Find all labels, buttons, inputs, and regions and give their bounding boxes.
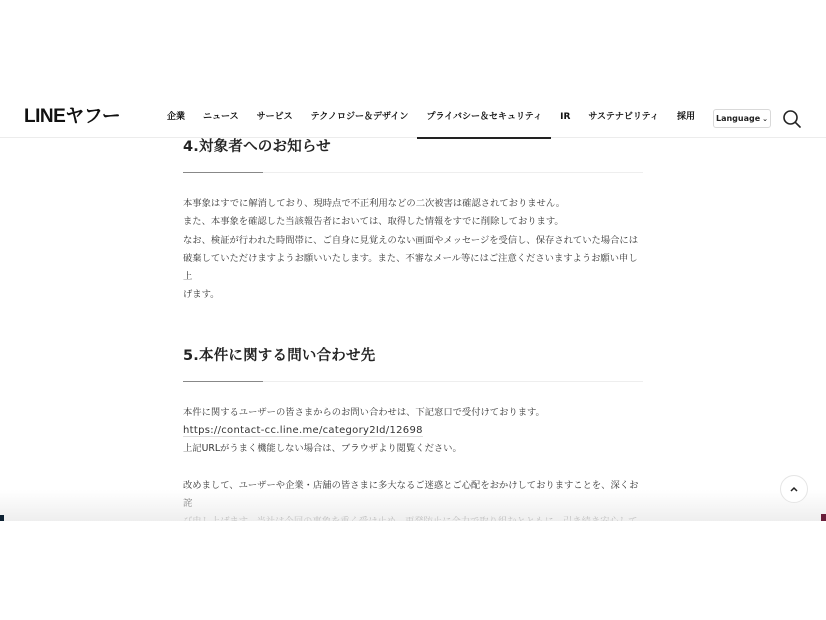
blank-area-bottom	[0, 521, 826, 620]
section-divider	[183, 172, 643, 173]
logo[interactable]: LINEヤフー	[24, 107, 120, 127]
main-nav: 企業 ニュース サービス テクノロジー＆デザイン プライバシー＆セキュリティ I…	[158, 97, 704, 138]
nav-item-news[interactable]: ニュース	[194, 97, 248, 138]
nav-item-technology-design[interactable]: テクノロジー＆デザイン	[302, 97, 418, 138]
nav-item-sustainability[interactable]: サステナビリティ	[579, 97, 668, 138]
paragraph-line: 本事象はすでに解消しており、現時点で不正利用などの二次被害は確認されておりません…	[183, 195, 643, 213]
scroll-to-top-button[interactable]	[780, 475, 808, 503]
language-button[interactable]: Language⌄	[713, 109, 771, 128]
contact-note: 上記URLがうまく機能しない場合は、ブラウザより閲覧ください。	[183, 440, 643, 458]
site-header: LINEヤフー 企業 ニュース サービス テクノロジー＆デザイン プライバシー＆…	[0, 97, 826, 138]
paragraph-line: 破棄していただけますようお願いいたします。また、不審なメール等にはご注意ください…	[183, 250, 643, 287]
blank-area-top	[0, 0, 826, 97]
edge-decoration-right	[821, 514, 826, 521]
contact-link[interactable]: https://contact-cc.line.me/category2Id/1…	[183, 425, 423, 437]
closing-line: 改めまして、ユーザーや企業・店舗の皆さまに多大なるご迷惑とご心配をおかけしており…	[183, 477, 643, 514]
nav-item-ir[interactable]: IR	[551, 97, 579, 138]
paragraph-line: なお、検証が行われた時間帯に、ご自身に見覚えのない画面やメッセージを受信し、保存…	[183, 232, 643, 250]
search-icon	[782, 109, 802, 129]
section-notice: 4.対象者へのお知らせ 本事象はすでに解消しており、現時点で不正利用などの二次被…	[183, 138, 643, 305]
chevron-up-icon	[789, 485, 799, 493]
chevron-down-icon: ⌄	[762, 115, 768, 123]
language-label: Language	[716, 114, 760, 123]
nav-item-company[interactable]: 企業	[158, 97, 194, 138]
paragraph-line: また、本事象を確認した当該報告者においては、取得した情報をすでに削除しております…	[183, 213, 643, 231]
article-content: 4.対象者へのお知らせ 本事象はすでに解消しており、現時点で不正利用などの二次被…	[183, 138, 643, 550]
contact-intro: 本件に関するユーザーの皆さまからのお問い合わせは、下記窓口で受付けております。	[183, 404, 643, 422]
nav-item-services[interactable]: サービス	[248, 97, 302, 138]
section-body: 本事象はすでに解消しており、現時点で不正利用などの二次被害は確認されておりません…	[183, 195, 643, 305]
section-divider	[183, 381, 643, 382]
nav-item-privacy-security[interactable]: プライバシー＆セキュリティ	[417, 97, 551, 138]
nav-item-recruit[interactable]: 採用	[668, 97, 704, 138]
section-contact: 5.本件に関する問い合わせ先 本件に関するユーザーの皆さまからのお問い合わせは、…	[183, 347, 643, 550]
paragraph-line: げます。	[183, 286, 643, 304]
search-button[interactable]	[782, 109, 802, 129]
section-title: 4.対象者へのお知らせ	[183, 138, 643, 156]
section-title: 5.本件に関する問い合わせ先	[183, 347, 643, 365]
